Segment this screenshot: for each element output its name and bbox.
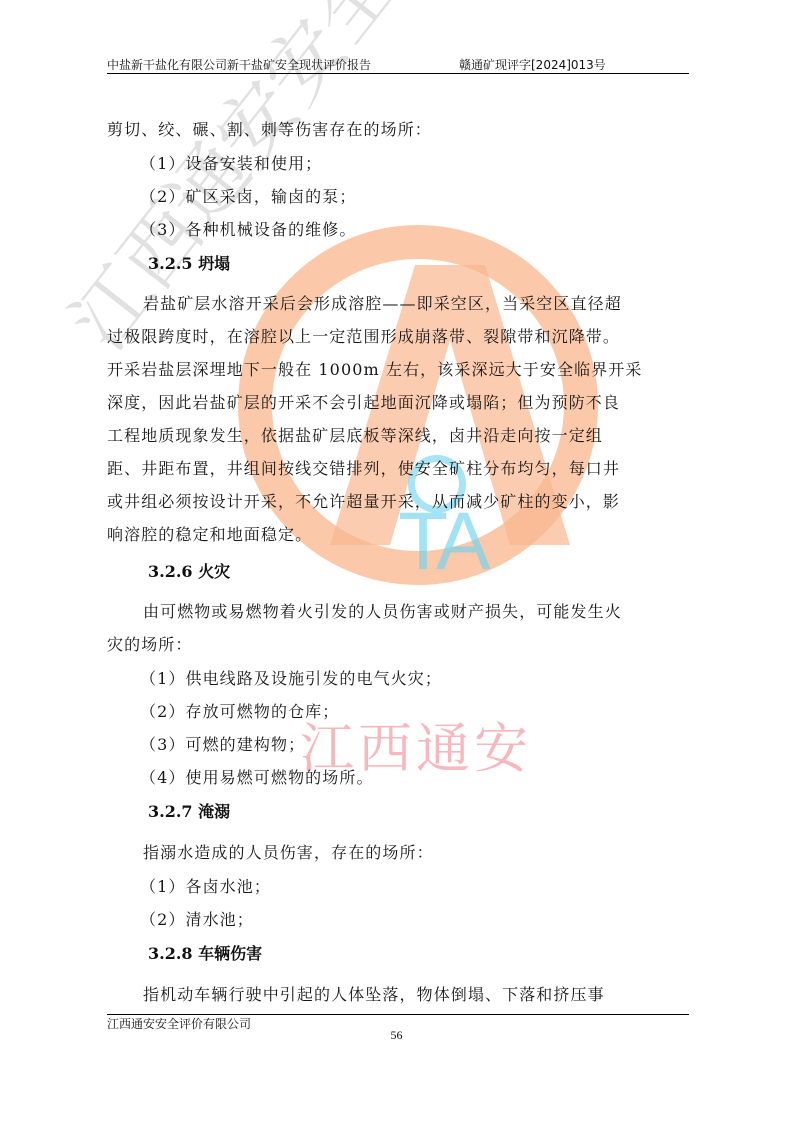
list-item: （1）各卤水池； bbox=[140, 874, 271, 897]
list-item: （3）各种机械设备的维修。 bbox=[140, 217, 356, 240]
paragraph-line: 指溺水造成的人员伤害，存在的场所： bbox=[143, 840, 434, 863]
paragraph-line: 过极限跨度时，在溶腔以上一定范围形成崩落带、裂隙带和沉降带。 bbox=[107, 324, 620, 347]
list-item: （2）矿区采卤，输卤的泵； bbox=[140, 184, 356, 207]
header-doc-number: 赣通矿现评字[2024]013号 bbox=[459, 56, 606, 73]
list-item: （4）使用易燃可燃物的场所。 bbox=[140, 765, 374, 788]
page-number: 56 bbox=[0, 1028, 793, 1043]
paragraph-line: 距、井距布置，井组间按线交错排列，使安全矿柱分布均匀，每口井 bbox=[107, 456, 620, 479]
section-heading-collapse: 3.2.5 坍塌 bbox=[148, 251, 230, 274]
paragraph-line: 指机动车辆行驶中引起的人体坠落，物体倒塌、下落和挤压事 bbox=[143, 982, 605, 1005]
paragraph-line: 由可燃物或易燃物着火引发的人员伤害或财产损失，可能发生火 bbox=[143, 599, 622, 622]
paragraph-line: 开采岩盐层深埋地下一般在 1000m 左右，该采深远大于安全临界开采 bbox=[107, 357, 642, 380]
section-heading-vehicle-injury: 3.2.8 车辆伤害 bbox=[148, 941, 262, 964]
intro-text: 剪切、绞、碾、割、刺等伤害存在的场所： bbox=[107, 117, 432, 140]
list-item: （2）清水池； bbox=[140, 907, 254, 930]
paragraph-line: 工程地质现象发生，依据盐矿层底板等深线，卤井沿走向按一定组 bbox=[107, 423, 603, 446]
paragraph-line: 深度，因此岩盐矿层的开采不会引起地面沉降或塌陷；但为预防不良 bbox=[107, 390, 620, 413]
header-report-title: 中盐新干盐化有限公司新干盐矿安全现状评价报告 bbox=[107, 56, 371, 73]
paragraph-line: 灾的场所： bbox=[107, 632, 193, 655]
paragraph-line: 响溶腔的稳定和地面稳定。 bbox=[107, 522, 312, 545]
paragraph-line: 岩盐矿层水溶开采后会形成溶腔——即采空区，当采空区直径超 bbox=[143, 291, 622, 314]
paragraph-line: 或井组必须按设计开采，不允许超量开采，从而减少矿柱的变小，影 bbox=[107, 489, 620, 512]
section-heading-drowning: 3.2.7 淹溺 bbox=[148, 799, 230, 822]
list-item: （1）供电线路及设施引发的电气火灾； bbox=[140, 666, 442, 689]
header-divider bbox=[107, 73, 689, 74]
list-item: （3）可燃的建构物； bbox=[140, 732, 305, 755]
section-heading-fire: 3.2.6 火灾 bbox=[148, 559, 230, 582]
list-item: （1）设备安装和使用； bbox=[140, 151, 322, 174]
page-header: 中盐新干盐化有限公司新干盐矿安全现状评价报告 赣通矿现评字[2024]013号 bbox=[107, 56, 689, 74]
list-item: （2）存放可燃物的仓库； bbox=[140, 699, 339, 722]
